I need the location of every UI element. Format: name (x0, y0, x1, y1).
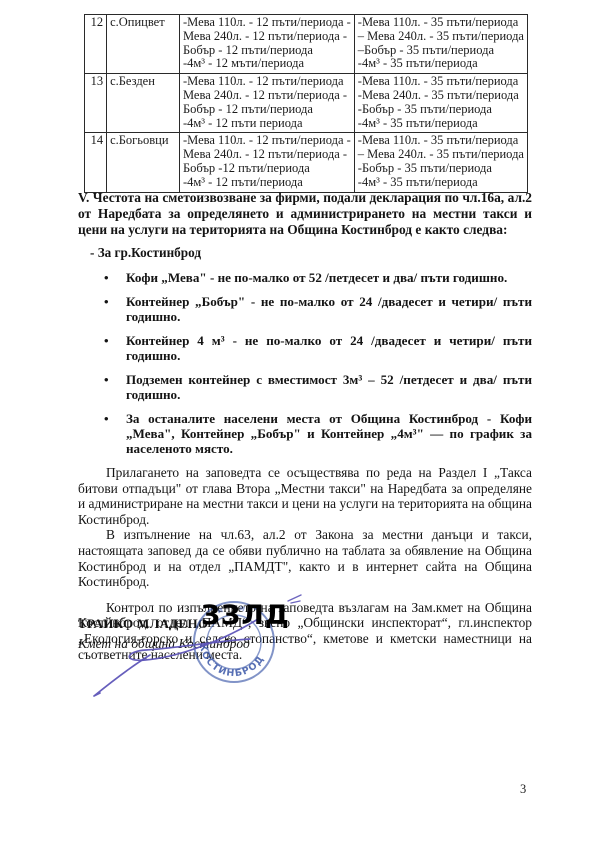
schedule-line: Мева 240л. - 12 пъти/периода - (183, 30, 351, 44)
bullet-text: За останалите населени места от Община К… (126, 411, 532, 456)
schedule-line: Мева 240л. - 12 пъти/периода - (183, 89, 351, 103)
schedule-line: Мева 240л. - 12 пъти/периода - (183, 148, 351, 162)
schedule-line: -Мева 110л. - 12 пъти/периода - (183, 16, 351, 30)
bullet-text: Кофи „Мева" - не по-малко от 52 /петдесе… (126, 270, 532, 285)
bullet-text: Контейнер 4 м³ - не по-малко от 24 /двад… (126, 333, 532, 363)
list-item: • Подземен контейнер с вместимост 3м³ – … (78, 372, 532, 402)
village-name: с.Богьовци (107, 133, 180, 192)
schedule-period-cell: -Мева 110л. - 12 пъти/периода - Мева 240… (179, 15, 354, 74)
schedule-line: -4м³ - 35 пъти/периода (358, 57, 524, 71)
page-number: 3 (520, 782, 526, 797)
schedule-line: -4м³ - 12 пъти периода (183, 117, 351, 131)
list-item: • Кофи „Мева" - не по-малко от 52 /петде… (78, 270, 532, 285)
bullet-list: • Кофи „Мева" - не по-малко от 52 /петде… (78, 270, 532, 456)
schedule-line: -Мева 110л. - 12 пъти/периода (183, 75, 351, 89)
schedule-period-cell: -Мева 110л. - 12 пъти/периода Мева 240л.… (179, 74, 354, 133)
schedule-35-cell: -Мева 110л. - 35 пъти/периода -Мева 240л… (354, 74, 527, 133)
schedule-35-cell: -Мева 110л. - 35 пъти/периода – Мева 240… (354, 133, 527, 192)
schedule-line: Бобър -12 пъти/периода (183, 162, 351, 176)
schedule-35-cell: -Мева 110л. - 35 пъти/периода – Мева 240… (354, 15, 527, 74)
list-item: • За останалите населени места от Община… (78, 411, 532, 456)
schedule-line: –Бобър - 35 пъти/периода (358, 44, 524, 58)
bullet-icon: • (104, 270, 126, 285)
redaction-overlay: ЗЗЛД (201, 600, 290, 631)
schedule-line: – Мева 240л. - 35 пъти/периода (358, 148, 524, 162)
schedule-line: Бобър - 12 пъти/периода (183, 103, 351, 117)
row-number: 13 (85, 74, 107, 133)
section-heading: V. Честота на сметоизвозване за фирми, п… (78, 190, 532, 238)
schedule-line: -Мева 240л. - 35 пъти/периода (358, 89, 524, 103)
schedule-period-cell: -Мева 110л. - 12 пъти/периода - Мева 240… (179, 133, 354, 192)
row-number: 12 (85, 15, 107, 74)
schedule-line: – Мева 240л. - 35 пъти/периода (358, 30, 524, 44)
bullet-icon: • (104, 294, 126, 324)
table-row: 14 с.Богьовци -Мева 110л. - 12 пъти/пери… (85, 133, 528, 192)
document-page: 12 с.Опицвет -Мева 110л. - 12 пъти/перио… (0, 0, 600, 848)
bullet-text: Подземен контейнер с вместимост 3м³ – 52… (126, 372, 532, 402)
village-name: с.Безден (107, 74, 180, 133)
bullet-icon: • (104, 372, 126, 402)
schedule-line: -Бобър - 35 пъти/периода (358, 103, 524, 117)
table-row: 12 с.Опицвет -Мева 110л. - 12 пъти/перио… (85, 15, 528, 74)
schedule-line: Бобър - 12 пъти/периода (183, 44, 351, 58)
svg-text:КОСТИНБРОД: КОСТИНБРОД (191, 641, 267, 686)
section-subheading: - За гр.Костинброд (90, 245, 532, 261)
body-text: V. Честота на сметоизвозване за фирми, п… (78, 190, 532, 662)
schedule-line: -4м³ - 35 пъти/периода (358, 117, 524, 131)
table-row: 13 с.Безден -Мева 110л. - 12 пъти/период… (85, 74, 528, 133)
schedule-line: -Мева 110л. - 12 пъти/периода - (183, 134, 351, 148)
village-name: с.Опицвет (107, 15, 180, 74)
list-item: • Контейнер 4 м³ - не по-малко от 24 /дв… (78, 333, 532, 363)
schedule-line: -4м³ - 12 мъти/периода (183, 57, 351, 71)
bullet-icon: • (104, 333, 126, 363)
paragraph: В изпълнение на чл.63, ал.2 от Закона за… (78, 527, 532, 589)
schedule-line: -Мева 110л. - 35 пъти/периода (358, 75, 524, 89)
stamp-bottom-text: КОСТИНБРОД (191, 641, 267, 686)
list-item: • Контейнер „Бобър" - не по-малко от 24 … (78, 294, 532, 324)
schedule-line: -Бобър - 35 пъти/периода (358, 162, 524, 176)
schedule-line: -Мева 110л. - 35 пъти/периода (358, 134, 524, 148)
schedule-line: -4м³ - 35 пъти/периода (358, 176, 524, 190)
schedule-table: 12 с.Опицвет -Мева 110л. - 12 пъти/перио… (84, 14, 528, 193)
schedule-line: -Мева 110л. - 35 пъти/периода (358, 16, 524, 30)
row-number: 14 (85, 133, 107, 192)
bullet-icon: • (104, 411, 126, 456)
bullet-text: Контейнер „Бобър" - не по-малко от 24 /д… (126, 294, 532, 324)
schedule-line: -4м³ - 12 пъти/периода (183, 176, 351, 190)
paragraph: Прилагането на заповедта се осъществява … (78, 465, 532, 527)
